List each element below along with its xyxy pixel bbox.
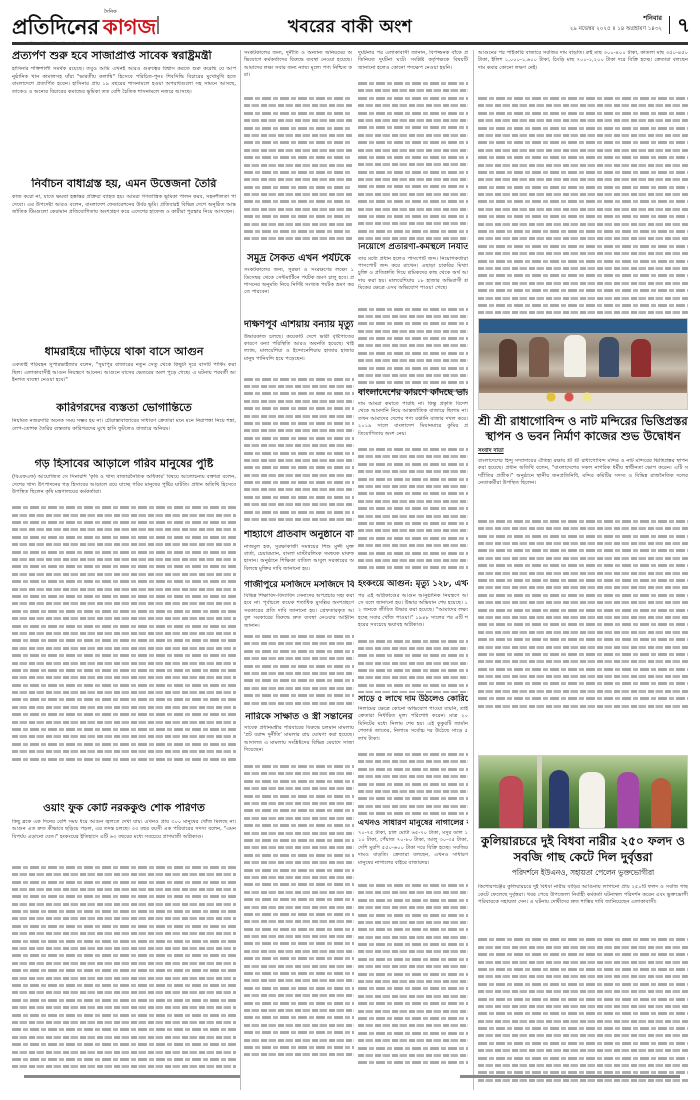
text-lines — [478, 95, 688, 315]
text-lines — [358, 306, 468, 392]
article-southeast-asia-flood[interactable]: দক্ষিণপূর্ব এশিয়ায় বন্যায় মৃত্যু ১৮০ … — [244, 320, 354, 524]
masthead: প্রতিদিনের কাগজ দৈনিক জনতা আমাদের সময় স… — [0, 0, 700, 40]
text-lines — [358, 638, 468, 693]
bottom-rule — [24, 1075, 240, 1078]
temple-event-photo — [478, 318, 688, 410]
headline[interactable]: শাহ্যাগে প্রতিবাদ অনুষ্ঠানে বাধা — [244, 530, 354, 541]
headline[interactable]: সাড়ে ৫ লাখে দাম উঠলেও কোরিকে নিতে — [358, 694, 468, 703]
article-hongkong-fire[interactable]: হংকংয়ে আগুন: মৃত্যু ১২৮, এখনও খোঁজ পর এ… — [358, 580, 468, 693]
article-shahbag-protest[interactable]: শাহ্যাগে প্রতিবাদ অনুষ্ঠানে বাধা নাজমুল … — [244, 530, 354, 572]
subheadline: পরিদর্শনে ইউএনও, সহায়তা পেলেন ভুক্তভোগী… — [478, 868, 688, 880]
article-body: কাজ করো না, যাতে ক্ষমতা হস্তান্তর প্রক্র… — [12, 194, 236, 332]
headline[interactable]: সমুদ্র সৈকত এখন পর্যটকে — [244, 253, 354, 264]
date-block: শনিবার ২৯ নভেম্বর ২০২৫ ॥ ১৪ অগ্রহায়ণ ১৪… — [570, 13, 662, 34]
continued-text: আগুনের পর পাইকারি বাজারে সবজির দাম বাড়ত… — [478, 50, 688, 315]
article-craftsmen[interactable]: কারিগরদের ব্যস্ততা ভোগান্তিতে নিয়মিত নজ… — [12, 402, 236, 458]
page-number: ৭ — [677, 11, 690, 44]
headline[interactable]: ওয়াং ফুক কোর্ট নরককুণ্ড শোক পরিণত — [12, 803, 236, 815]
text-lines — [12, 864, 236, 1075]
article-body: বিভিন্ন শিক্ষাবিদ-বিদ্যাবিদ সেনাদের অপপ্… — [244, 593, 354, 711]
article-kuliarchar-trees[interactable]: কুলিয়ারচরে দুই বিধবা নারীর ২৫০ ফলদ ও সব… — [478, 755, 688, 1084]
headline[interactable]: দক্ষিণপূর্ব এশিয়ায় বন্যায় মৃত্যু ১৮০ — [244, 320, 354, 331]
text-lines — [244, 376, 354, 524]
continued-text: দুর্ঘটনার পর এলাকাবাসী জানান, বিপজ্জনক ব… — [358, 50, 468, 240]
article-wang-fuk-court[interactable]: ওয়াং ফুক কোর্ট নরককুণ্ড শোক পরিণত কিছু … — [12, 803, 236, 1075]
text-lines — [358, 882, 468, 1070]
page-number-divider — [669, 16, 671, 34]
article-sea-beach[interactable]: সমুদ্র সৈকত এখন পর্যটকে সংকটকালের জন্য, … — [244, 253, 354, 313]
masthead-rule — [12, 42, 688, 45]
article-meeting-wife-children[interactable]: নারিকে সাক্ষাত ও স্ত্রী সন্তানের সাবেক প… — [244, 712, 354, 1065]
text-lines — [358, 446, 468, 571]
column-divider — [473, 50, 474, 1090]
headline[interactable]: নারিকে সাক্ষাত ও স্ত্রী সন্তানের — [244, 712, 354, 722]
article-election-tension[interactable]: নির্বাচন বাধাগ্রস্ত হয়, এমন উত্তেজনা তৈ… — [12, 178, 236, 332]
headline[interactable]: ধামরাইয়ে দাঁড়িয়ে থাকা বাসে আগুন — [12, 346, 236, 358]
text-lines — [244, 633, 354, 711]
article-body: নিলামের ক্ষেত্রে কোনো অভিযোগ পাওয়া যায়… — [358, 706, 468, 818]
issue-date: ২৯ নভেম্বর ২০২৫ ॥ ১৪ অগ্রহায়ণ ১৪৩২ — [570, 26, 662, 34]
article-recruitment-fraud[interactable]: নিয়োগে প্রতারণা-কর্মস্থলে নির্যাতন, শোষ… — [358, 243, 468, 392]
article-body: সংকটকালের জন্য, সুরক্ষা ও সংরক্ষণের লক্ষ… — [244, 267, 354, 313]
column-divider — [240, 50, 241, 1090]
headline[interactable]: শ্রী শ্রী রাধাগোবিন্দ ও নাট মন্দিরের ভিত… — [478, 414, 688, 444]
text-lines — [12, 504, 236, 766]
headline[interactable]: গাজীপুরে মসজিদে মসজিদে বিক্ষোভ- আবুল — [244, 580, 354, 590]
article-body: ৭০-৭৫ টাকা, চাল মোটা ৬৫-৭০ টাকা, মসুর ডা… — [358, 830, 468, 1070]
article-gazipur-protest[interactable]: গাজীপুরে মসজিদে মসজিদে বিক্ষোভ- আবুল বিভ… — [244, 580, 354, 711]
article-body: সাবেক প্রধানমন্ত্রীর পরিবারের বিরুদ্ধে চ… — [244, 725, 354, 1065]
weekday: শনিবার — [570, 13, 662, 24]
headline[interactable]: বাংলাদেশের কারণে কাঁদছে ভারত — [358, 388, 468, 398]
article-body: উদ্ধারকাজ চলছে। কয়েকটি দেশে ভারী বৃষ্টি… — [244, 334, 354, 524]
headline[interactable]: হংকংয়ে আগুন: মৃত্যু ১২৮, এখনও খোঁজ — [358, 580, 468, 590]
text-lines — [244, 763, 354, 1065]
text-lines — [478, 518, 688, 708]
headline[interactable]: গড় হিসাবের আড়ালে গরিব মানুষের পুষ্টি — [12, 458, 236, 470]
headline[interactable]: কারিগরদের ব্যস্ততা ভোগান্তিতে — [12, 402, 236, 414]
article-body: কিশোরগঞ্জের কুলিয়ারচরে দুই বিধবা নারীর … — [478, 884, 688, 1084]
byline: সংবাদ দাতা — [478, 448, 688, 456]
article-nutrition[interactable]: গড় হিসাবের আড়ালে গরিব মানুষের পুষ্টি (… — [12, 458, 236, 766]
article-market-prices[interactable]: এখনও সাধারণ মানুষের নাগালের বাইরে ৭০-৭৫ … — [358, 818, 468, 1070]
article-body: একতাই পরিবহন সুপারভাইজার বলেন, "সুয়াপুর… — [12, 362, 236, 404]
article-body: কিছু ব্লকে এক দিনের বেশি সময় ধরে আগুন জ… — [12, 819, 236, 1075]
bottom-rule — [460, 1075, 680, 1078]
article-body: (বিএফএফ) আয়োজিত সে সিনারশি 'কৃষি ও খাদ্… — [12, 474, 236, 766]
headline[interactable]: নিয়োগে প্রতারণা-কর্মস্থলে নির্যাতন, শোষ… — [358, 243, 468, 253]
article-body: দাম আমরা কমাতে পারছি না। কিন্তু প্রকৃতি … — [358, 401, 468, 571]
article-body: নিয়মিত নজরদারি অনেক সময় সম্ভব হয় না। … — [12, 418, 236, 458]
text-lines — [244, 95, 352, 250]
text-lines — [478, 936, 688, 1084]
garden-inspection-photo — [478, 755, 688, 829]
continued-text: সংকটকালের জন্য, দুর্নীতি ও অন্যান্য অনিয… — [244, 50, 352, 250]
article-dog-auction[interactable]: সাড়ে ৫ লাখে দাম উঠলেও কোরিকে নিতে নিলাম… — [358, 694, 468, 818]
text-lines — [358, 80, 468, 240]
article-body: তার মধ্যে প্রধান হলেও পাসপোর্ট জব্দ। নিয… — [358, 256, 468, 392]
headline[interactable]: কুলিয়ারচরে দুই বিধবা নারীর ২৫০ ফলদ ও সব… — [478, 833, 688, 865]
article-india-crying[interactable]: বাংলাদেশের কারণে কাঁদছে ভারত দাম আমরা কম… — [358, 388, 468, 571]
article-dhamrai-bus-fire[interactable]: ধামরাইয়ে দাঁড়িয়ে থাকা বাসে আগুন একতাই… — [12, 346, 236, 404]
headline[interactable]: এখনও সাধারণ মানুষের নাগালের বাইরে — [358, 818, 468, 827]
headline[interactable]: প্রত্যর্পণ শুরু হবে সাজাপ্রাপ্ত সাবেক স্… — [12, 50, 236, 62]
article-extradition[interactable]: প্রত্যর্পণ শুরু হবে সাজাপ্রাপ্ত সাবেক স্… — [12, 50, 236, 184]
headline[interactable]: নির্বাচন বাধাগ্রস্ত হয়, এমন উত্তেজনা তৈ… — [12, 178, 236, 190]
article-temple-inauguration[interactable]: শ্রী শ্রী রাধাগোবিন্দ ও নাট মন্দিরের ভিত… — [478, 318, 688, 708]
article-body: পর এই অগ্নিকাণ্ডের আগুন আনুষ্ঠানিক নিয়ন… — [358, 593, 468, 693]
article-body: নাজমুল হক, সুরক্ষাকাজী সমন্বয়ের শিশু মু… — [244, 544, 354, 572]
article-body: হাসিনার শক্তিশালী সমর্থক রয়েছে। তবুও আম… — [12, 66, 236, 184]
article-body: বাংলাদেশের হিন্দু সম্প্রদায়ের ঐতিহ্য রক… — [478, 458, 688, 708]
text-lines — [358, 751, 468, 818]
